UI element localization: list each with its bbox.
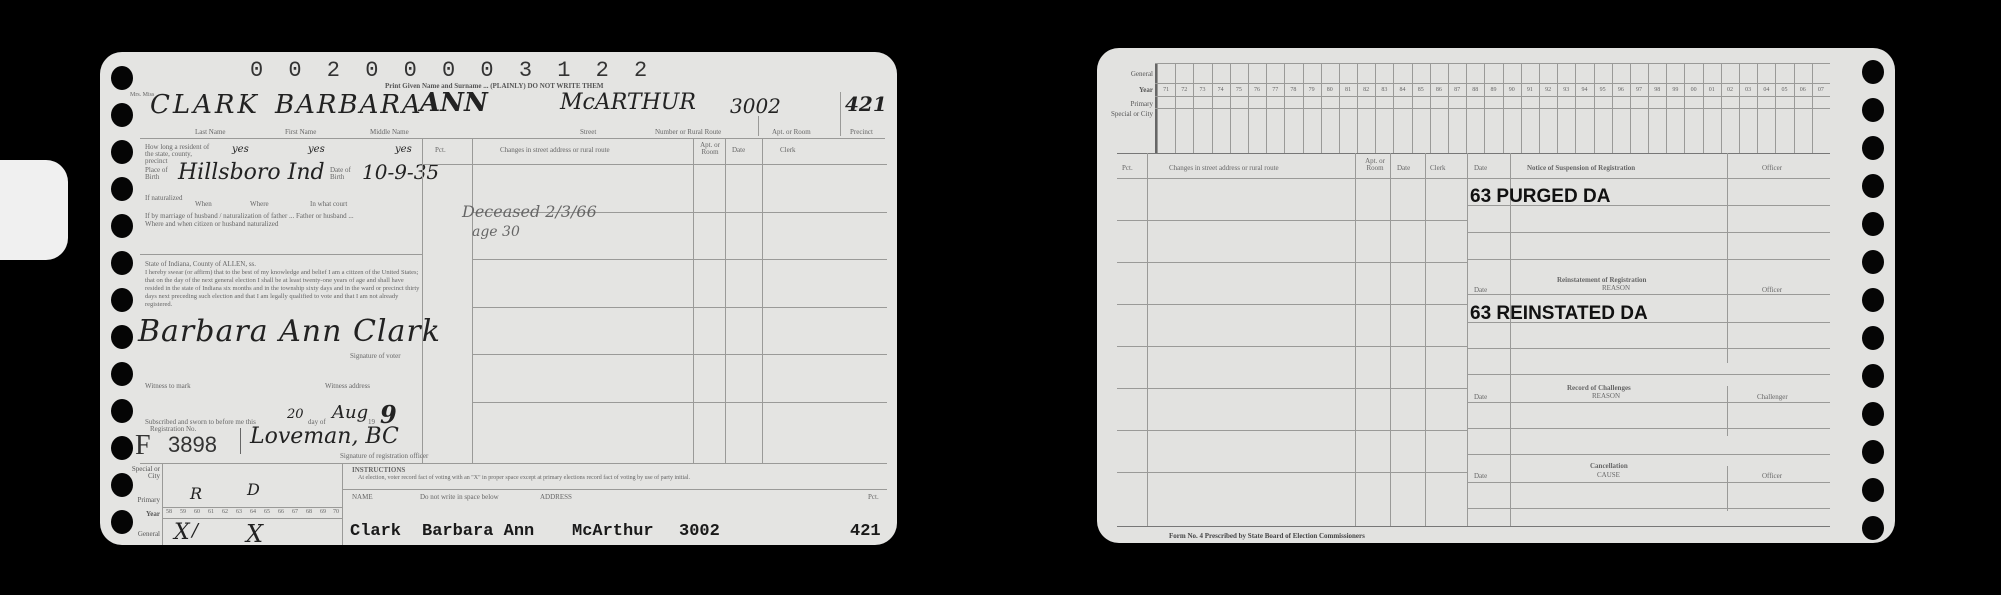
grid-column-line [1303,63,1304,153]
grid-column-line [1594,63,1595,153]
punch-hole [1862,478,1884,502]
year-cell: 66 [274,509,288,515]
grid-column-line [1448,63,1449,153]
residence-answer-2: yes [308,144,325,155]
punch-hole [1862,288,1884,312]
year-cell: 93 [1557,87,1575,93]
grid-column-line [1266,63,1267,153]
punch-hole [1862,440,1884,464]
grid-column-line [1739,63,1740,153]
primary-mark-60: R [190,484,202,503]
grid-label-general: General [1105,70,1153,78]
year-cell: 95 [1594,87,1612,93]
number-label: Number or Rural Route [655,128,721,136]
instructions-text: At election, voter record fact of voting… [358,474,878,482]
year-cell: 61 [204,509,218,515]
grid-column-line [1339,63,1340,153]
grid-column-line [1193,63,1194,153]
challenges-challenger-label: Challenger [1757,393,1788,401]
year-cell: 76 [1248,87,1266,93]
punch-hole [1862,250,1884,274]
changes-date-header: Date [1397,164,1410,172]
year-cell: 03 [1739,87,1757,93]
street-label: Street [580,128,596,136]
grid-column-line [1430,63,1431,153]
year-cell: 96 [1612,87,1630,93]
title-prefix: Mrs. Miss [130,92,144,99]
year-cell: 88 [1466,87,1484,93]
header-instruction: Print Given Name and Surname ... (PLAINL… [385,82,604,90]
year-cell: 73 [1193,87,1211,93]
punch-hole [1862,516,1884,540]
grid-column-line [1775,63,1776,153]
reinstatement-title: Reinstatement of Registration [1557,276,1646,284]
strip-name-label: NAME [352,493,373,501]
grid-column-line [1230,63,1231,153]
punch-hole [111,288,133,312]
changes-clerk-header: Clerk [780,146,796,154]
year-cell: 94 [1575,87,1593,93]
last-name-value: CLARK [150,90,260,120]
punch-hole [1862,364,1884,388]
year-cell: 92 [1539,87,1557,93]
grid-column-line [1794,63,1795,153]
voter-registration-card-back: General Year Primary Special or City 717… [1097,48,1895,543]
punch-hole [1862,136,1884,160]
grid-column-line [1157,63,1158,153]
middle-name-value: ANN [420,88,488,118]
punch-hole [1862,60,1884,84]
year-cell: 69 [316,509,330,515]
strip-street: McArthur [572,522,654,541]
residence-answer-3: yes [395,144,412,155]
grid-column-line [1175,63,1176,153]
year-cell: 70 [330,509,342,515]
naturalized-when-label: When [195,200,212,208]
suspension-officer-label: Officer [1762,164,1782,172]
year-cell: 65 [260,509,274,515]
year-cell: 77 [1266,87,1284,93]
grid-column-line [1612,63,1613,153]
year-cell: 68 [302,509,316,515]
form-letter: F [135,430,151,462]
year-cell: 98 [1648,87,1666,93]
changes-apt-header: Apt. or Room [1362,158,1388,172]
last-name-label: Last Name [195,128,226,136]
year-cell: 99 [1666,87,1684,93]
naturalized-where-label: Where [250,200,269,208]
oath-state-line: State of Indiana, County of ALLEN, ss. [145,260,256,268]
registrar-signature: Loveman, BC [250,424,399,449]
year-cell: 02 [1721,87,1739,93]
strip-pct-label: Pct. [868,493,879,501]
grid-column-line [1539,63,1540,153]
grid-column-line [1575,63,1576,153]
year-cell: 63 [232,509,246,515]
date-of-birth-label: Date of Birth [330,167,356,181]
grid-column-line [1557,63,1558,153]
registrar-label: Signature of registration officer [340,452,428,460]
year-cell: 81 [1339,87,1357,93]
changes-address-header: Changes in street address or rural route [500,146,610,154]
year-cell: 72 [1175,87,1193,93]
changes-apt-header: Apt. or Room [697,142,723,156]
grid-label-year: Year [124,510,160,518]
cancellation-title: Cancellation [1590,462,1628,470]
year-cell: 82 [1357,87,1375,93]
year-cell: 01 [1703,87,1721,93]
year-cell: 67 [288,509,302,515]
grid-column-line [1684,63,1685,153]
punch-hole [111,214,133,238]
year-cell: 58 [162,509,176,515]
changes-date-header: Date [732,146,745,154]
precinct-label: Precinct [850,128,873,136]
strip-first-middle: Barbara Ann [422,522,534,541]
grid-column-line [1721,63,1722,153]
year-cell: 84 [1393,87,1411,93]
grid-column-line [1484,63,1485,153]
subscribed-month: Aug [332,402,368,423]
punch-hole [1862,326,1884,350]
grid-column-line [1284,63,1285,153]
year-cell: 87 [1448,87,1466,93]
punch-hole [111,66,133,90]
voter-registration-card-front: 0 0 2 0 0 0 0 3 1 2 2 Print Given Name a… [100,52,897,545]
reinstatement-date-label: Date [1474,286,1487,294]
challenges-date-label: Date [1474,393,1487,401]
punch-hole [1862,174,1884,198]
grid-column-line [1757,63,1758,153]
serial-number: 0 0 2 0 0 0 0 3 1 2 2 [250,58,653,83]
punch-hole [1862,98,1884,122]
grid-label-special: Special or City [1105,111,1153,118]
changes-note-1: Deceased 2/3/66 [462,202,597,221]
grid-column-line [1375,63,1376,153]
general-mark-60: / [192,520,198,541]
instructions-title: INSTRUCTIONS [352,466,405,474]
year-cell: 91 [1521,87,1539,93]
strip-last-name: Clark [350,522,401,541]
primary-mark-64: D [247,480,260,499]
card-divider-tab [0,160,68,260]
grid-column-line [1412,63,1413,153]
grid-column-line [1630,63,1631,153]
changes-note-2: age 30 [472,224,520,240]
punch-hole [111,103,133,127]
general-mark-64: X [246,520,263,545]
grid-label-general: General [124,530,160,538]
subscribed-day: 20 [287,407,304,422]
challenges-reason-label: REASON [1592,392,1620,400]
grid-column-line [1393,63,1394,153]
signature-label: Signature of voter [350,352,401,360]
year-cell: 85 [1412,87,1430,93]
reinstatement-officer-label: Officer [1762,286,1782,294]
witness-label: Witness to mark [145,382,191,390]
grid-column-line [1321,63,1322,153]
changes-clerk-header: Clerk [1430,164,1446,172]
strip-precinct: 421 [850,522,881,541]
punch-hole [111,362,133,386]
year-cell: 07 [1812,87,1830,93]
year-cell: 06 [1794,87,1812,93]
grid-label-primary: Primary [124,496,160,504]
punch-hole [1862,212,1884,236]
year-cell: 78 [1284,87,1302,93]
punch-hole [111,436,133,460]
punch-hole [111,399,133,423]
strip-do-not-write: Do not write in space below [420,493,499,501]
grid-column-line [1357,63,1358,153]
strip-number: 3002 [679,522,720,541]
reinstatement-reason-label: REASON [1602,284,1630,292]
year-cell: 75 [1230,87,1248,93]
naturalized-label: If naturalized [145,194,183,202]
changes-pct-header: Pct. [435,146,446,154]
residence-answer-1: yes [232,144,249,155]
year-cell: 97 [1630,87,1648,93]
year-cell: 04 [1757,87,1775,93]
grid-column-line [1248,63,1249,153]
grid-column-line [1466,63,1467,153]
year-cell: 90 [1503,87,1521,93]
cancellation-officer-label: Officer [1762,472,1782,480]
cancellation-cause-label: CAUSE [1597,471,1620,479]
punch-hole [111,177,133,201]
year-cell: 83 [1375,87,1393,93]
grid-column-line [1212,63,1213,153]
year-cell: 80 [1321,87,1339,93]
number-value: 3002 [730,94,781,118]
grid-column-line [1666,63,1667,153]
grid-label-special: Special or City [128,466,160,480]
punch-hole [111,140,133,164]
year-cell: 89 [1484,87,1502,93]
year-cell: 60 [190,509,204,515]
voter-signature: Barbara Ann Clark [138,314,441,349]
apt-label: Apt. or Room [772,128,811,136]
oath-text: I hereby swear (or affirm) that to the b… [145,269,420,309]
first-name-value: BARBARA [275,90,423,120]
registration-number: 3898 [168,432,217,458]
punch-hole [1862,402,1884,426]
year-cell: 64 [246,509,260,515]
year-cell: 74 [1212,87,1230,93]
strip-address-label: ADDRESS [540,493,572,501]
year-cell: 62 [218,509,232,515]
grid-column-line [1703,63,1704,153]
year-cell: 00 [1684,87,1702,93]
changes-pct-header: Pct. [1122,164,1133,172]
changes-address-header: Changes in street address or rural route [1169,164,1279,172]
cancellation-date-label: Date [1474,472,1487,480]
suspension-date-label: Date [1474,164,1487,172]
grid-column-line [1521,63,1522,153]
challenges-title: Record of Challenges [1567,384,1631,392]
naturalized-court-label: In what court [310,200,347,208]
first-name-label: First Name [285,128,316,136]
place-of-birth-value: Hillsboro Ind [178,160,325,185]
general-mark-59: X [174,520,190,545]
year-cell: 05 [1775,87,1793,93]
year-cell: 79 [1303,87,1321,93]
street-value: McARTHUR [560,90,696,115]
year-cell: 59 [176,509,190,515]
suspension-title: Notice of Suspension of Registration [1527,164,1635,172]
precinct-value: 421 [845,92,887,116]
punch-hole [111,251,133,275]
middle-name-label: Middle Name [370,128,409,136]
grid-column-line [1648,63,1649,153]
year-cell: 71 [1157,87,1175,93]
form-footer: Form No. 4 Prescribed by State Board of … [1169,532,1365,540]
grid-label-primary: Primary [1105,100,1153,108]
punch-hole [111,325,133,349]
grid-column-line [1503,63,1504,153]
grid-label-year: Year [1105,86,1153,94]
year-cell: 86 [1430,87,1448,93]
witness-address-label: Witness address [325,382,370,390]
place-of-birth-label: Place of Birth [145,167,175,181]
grid-column-line [1812,63,1813,153]
